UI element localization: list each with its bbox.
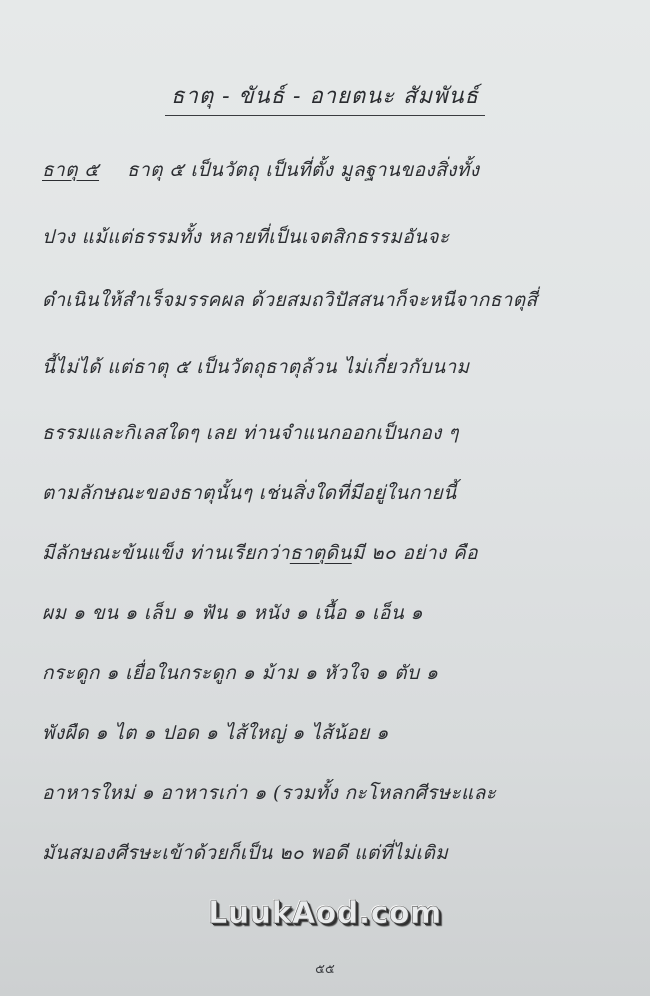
text-line-6: ตามลักษณะของธาตุนั้นๆ เช่นสิ่งใดที่มีอยู… — [42, 478, 602, 508]
line-text: ธาตุ ๕ เป็นวัตถุ เป็นที่ตั้ง มูลฐานของสิ… — [127, 159, 479, 181]
text-line-3: ดำเนินให้สำเร็จมรรคผล ด้วยสมถวิปัสสนาก็จ… — [42, 285, 602, 315]
underlined-term: ธาตุดิน — [290, 542, 352, 564]
text-line-5: ธรรมและกิเลสใดๆ เลย ท่านจำแนกออกเป็นกอง … — [42, 418, 602, 448]
page-number: ๕๕ — [0, 958, 650, 979]
watermark-logo: LuukAod.com — [0, 896, 650, 931]
line-text-post: มี ๒๐ อย่าง คือ — [352, 542, 478, 564]
line-text: อาหารใหม่ ๑ อาหารเก่า ๑ (รวมทั้ง กะโหลกศ… — [42, 782, 496, 804]
text-line-12: มันสมองศีรษะเข้าด้วยก็เป็น ๒๐ พอดี แต่ที… — [42, 838, 602, 868]
line-text: ตามลักษณะของธาตุนั้นๆ เช่นสิ่งใดที่มีอยู… — [42, 482, 457, 504]
text-line-8: ผม ๑ ขน ๑ เล็บ ๑ ฟัน ๑ หนัง ๑ เนื้อ ๑ เอ… — [42, 598, 602, 628]
text-line-4: นี้ไม่ได้ แต่ธาตุ ๕ เป็นวัตถุธาตุล้วน ไม… — [42, 352, 602, 382]
line-text: ปวง แม้แต่ธรรมทั้ง หลายที่เป็นเจตสิกธรรม… — [42, 226, 450, 248]
line-text: กระดูก ๑ เยื่อในกระดูก ๑ ม้าม ๑ หัวใจ ๑ … — [42, 662, 438, 684]
text-line-9: กระดูก ๑ เยื่อในกระดูก ๑ ม้าม ๑ หัวใจ ๑ … — [42, 658, 602, 688]
line-text: มันสมองศีรษะเข้าด้วยก็เป็น ๒๐ พอดี แต่ที… — [42, 842, 448, 864]
text-line-10: พังผืด ๑ ไต ๑ ปอด ๑ ไส้ใหญ่ ๑ ไส้น้อย ๑ — [42, 718, 602, 748]
line-text: พังผืด ๑ ไต ๑ ปอด ๑ ไส้ใหญ่ ๑ ไส้น้อย ๑ — [42, 722, 389, 744]
text-line-11: อาหารใหม่ ๑ อาหารเก่า ๑ (รวมทั้ง กะโหลกศ… — [42, 778, 602, 808]
text-line-7: มีลักษณะข้นแข็ง ท่านเรียกว่าธาตุดินมี ๒๐… — [42, 538, 602, 568]
section-heading: ธาตุ ๕ — [42, 155, 99, 185]
line-text-pre: มีลักษณะข้นแข็ง ท่านเรียกว่า — [42, 542, 290, 564]
page-title-text: ธาตุ - ขันธ์ - อายตนะ สัมพันธ์ — [165, 78, 485, 116]
text-line-2: ปวง แม้แต่ธรรมทั้ง หลายที่เป็นเจตสิกธรรม… — [42, 222, 602, 252]
line-text: ดำเนินให้สำเร็จมรรคผล ด้วยสมถวิปัสสนาก็จ… — [42, 289, 537, 311]
handwritten-page: ธาตุ - ขันธ์ - อายตนะ สัมพันธ์ ธาตุ ๕ธาต… — [0, 0, 650, 996]
line-text: ธรรมและกิเลสใดๆ เลย ท่านจำแนกออกเป็นกอง … — [42, 422, 459, 444]
line-text: นี้ไม่ได้ แต่ธาตุ ๕ เป็นวัตถุธาตุล้วน ไม… — [42, 356, 469, 378]
line-text: ผม ๑ ขน ๑ เล็บ ๑ ฟัน ๑ หนัง ๑ เนื้อ ๑ เอ… — [42, 602, 423, 624]
page-title: ธาตุ - ขันธ์ - อายตนะ สัมพันธ์ — [0, 78, 650, 116]
text-line-1: ธาตุ ๕ธาตุ ๕ เป็นวัตถุ เป็นที่ตั้ง มูลฐา… — [42, 155, 602, 185]
